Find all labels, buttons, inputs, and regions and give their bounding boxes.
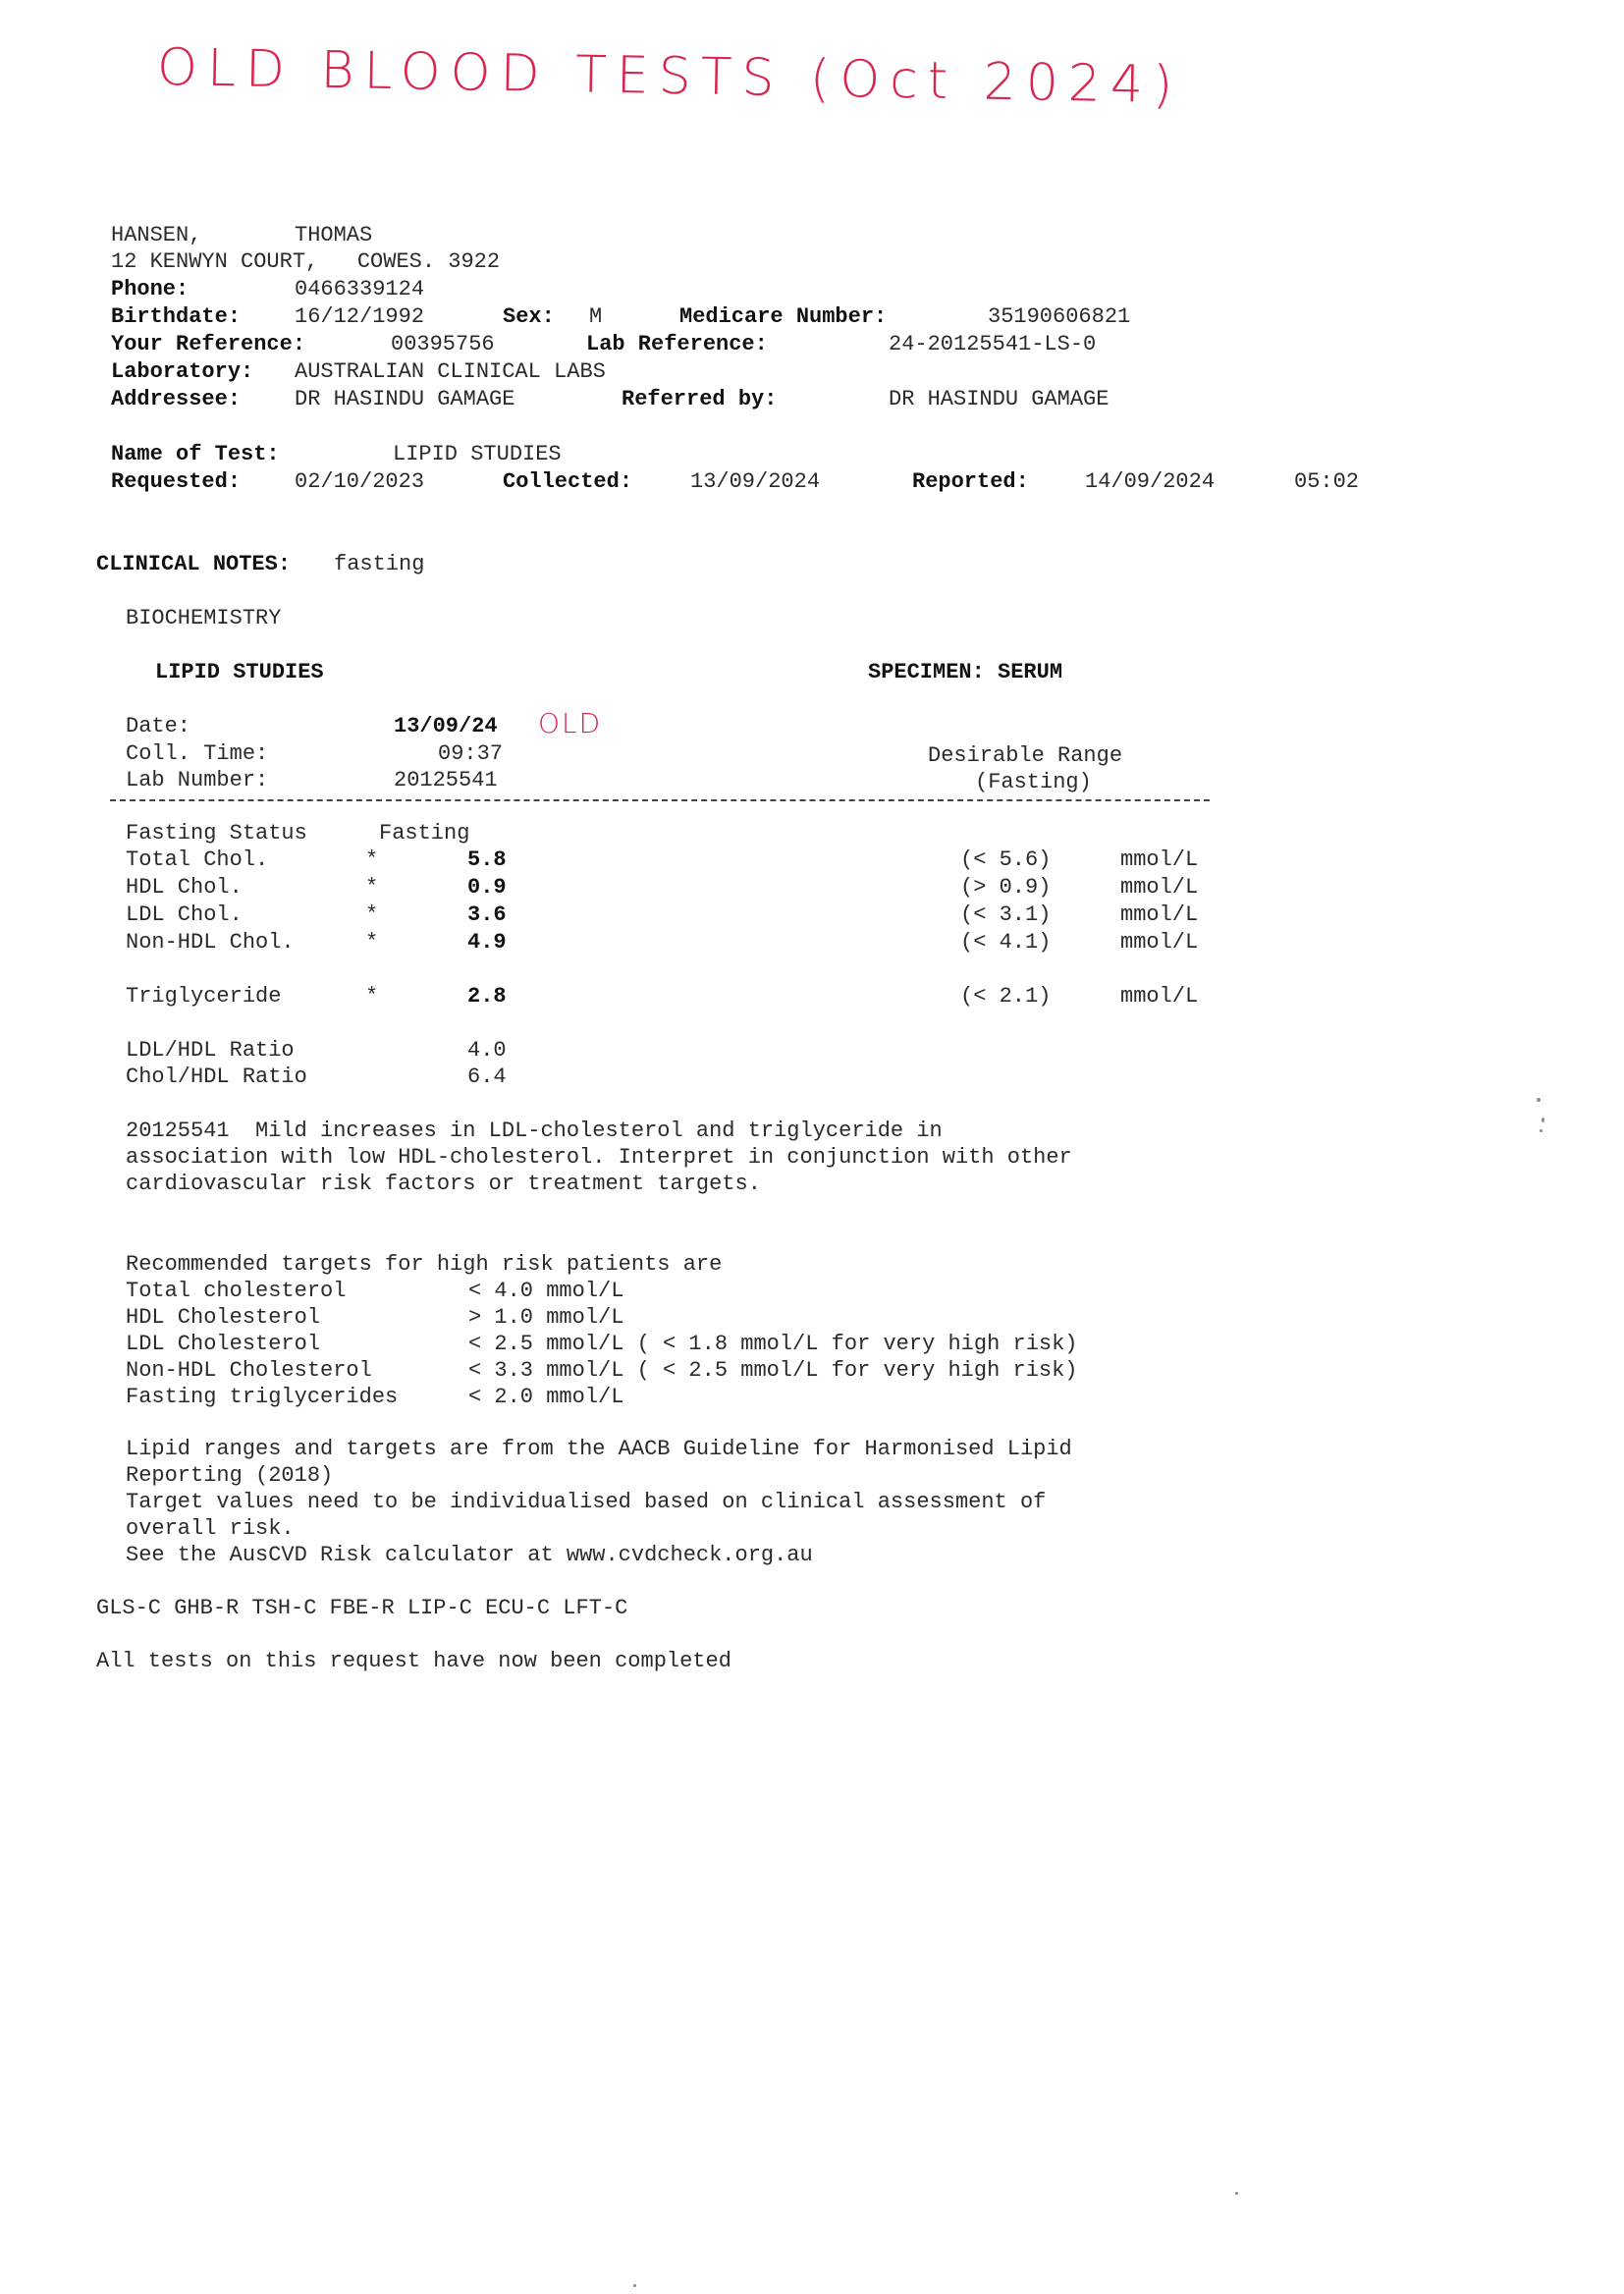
result-unit: mmol/L (1120, 847, 1198, 873)
clinical-notes-label: CLINICAL NOTES: (96, 551, 291, 577)
divider (110, 799, 1210, 801)
your-reference-label: Your Reference: (111, 331, 305, 357)
result-value: 4.9 (467, 929, 507, 956)
target-value: < 2.0 mmol/L (468, 1384, 623, 1410)
collected-value: 13/09/2024 (690, 468, 820, 495)
coll-time-value: 09:37 (438, 740, 503, 767)
section-title: BIOCHEMISTRY (126, 605, 281, 631)
result-value: 5.8 (467, 847, 507, 873)
requested-value: 02/10/2023 (295, 468, 424, 495)
phone-value: 0466339124 (295, 276, 424, 302)
fasting-status-value: Fasting (379, 820, 469, 847)
reference-range: (< 4.1) (960, 929, 1051, 956)
guideline-line: Lipid ranges and targets are from the AA… (126, 1436, 1072, 1462)
lab-number-label: Lab Number: (126, 767, 268, 793)
birthdate-value: 16/12/1992 (295, 303, 424, 330)
sex-value: M (589, 303, 602, 330)
comment-line: cardiovascular risk factors or treatment… (126, 1171, 761, 1197)
clinical-notes-value: fasting (334, 551, 424, 577)
laboratory-label: Laboratory: (111, 358, 253, 385)
target-value: < 2.5 mmol/L ( < 1.8 mmol/L for very hig… (468, 1331, 1078, 1357)
result-unit: mmol/L (1120, 874, 1198, 901)
test-codes: GLS-C GHB-R TSH-C FBE-R LIP-C ECU-C LFT-… (96, 1595, 627, 1621)
addressee-value: DR HASINDU GAMAGE (295, 386, 514, 412)
referred-by-value: DR HASINDU GAMAGE (889, 386, 1109, 412)
abnormal-flag: * (365, 983, 378, 1010)
laboratory-value: AUSTRALIAN CLINICAL LABS (295, 358, 606, 385)
phone-label: Phone: (111, 276, 189, 302)
reported-time: 05:02 (1294, 468, 1359, 495)
patient-surname: HANSEN, (111, 222, 201, 248)
comment-line: association with low HDL-cholesterol. In… (126, 1144, 1072, 1171)
study-title: LIPID STUDIES (155, 659, 324, 685)
addressee-label: Addressee: (111, 386, 241, 412)
targets-intro: Recommended targets for high risk patien… (126, 1251, 722, 1278)
target-name: HDL Cholesterol (126, 1304, 320, 1331)
reference-range: (> 0.9) (960, 874, 1051, 901)
reference-range: (< 5.6) (960, 847, 1051, 873)
ratio-value: 4.0 (467, 1037, 507, 1064)
scan-speck (1235, 2192, 1238, 2195)
target-value: > 1.0 mmol/L (468, 1304, 623, 1331)
ratio-value: 6.4 (467, 1064, 507, 1090)
scan-speck (1540, 1129, 1543, 1132)
requested-label: Requested: (111, 468, 241, 495)
target-name: LDL Cholesterol (126, 1331, 320, 1357)
date-value: 13/09/24 (394, 713, 498, 739)
referred-by-label: Referred by: (622, 386, 777, 412)
date-label: Date: (126, 713, 190, 739)
coll-time-label: Coll. Time: (126, 740, 268, 767)
ratio-name: LDL/HDL Ratio (126, 1037, 295, 1064)
birthdate-label: Birthdate: (111, 303, 241, 330)
patient-address: 12 KENWYN COURT, COWES. 3922 (111, 248, 500, 275)
result-name: Total Chol. (126, 847, 268, 873)
handwritten-title: OLD BLOOD TESTS (Oct 2024) (157, 38, 1183, 115)
target-value: < 3.3 mmol/L ( < 2.5 mmol/L for very hig… (468, 1357, 1078, 1384)
range-header: Desirable Range (928, 742, 1122, 769)
comment-line: 20125541 Mild increases in LDL-cholester… (126, 1118, 943, 1144)
guideline-line: See the AusCVD Risk calculator at www.cv… (126, 1542, 813, 1568)
scan-speck (1542, 1118, 1544, 1122)
test-name-label: Name of Test: (111, 441, 280, 467)
target-name: Fasting triglycerides (126, 1384, 398, 1410)
result-name: Non-HDL Chol. (126, 929, 295, 956)
your-reference-value: 00395756 (391, 331, 495, 357)
result-name: LDL Chol. (126, 901, 243, 928)
guideline-line: Reporting (2018) (126, 1462, 333, 1489)
range-header-sub: (Fasting) (975, 769, 1092, 795)
target-name: Non-HDL Cholesterol (126, 1357, 372, 1384)
fasting-status-label: Fasting Status (126, 820, 307, 847)
reported-value: 14/09/2024 (1085, 468, 1215, 495)
result-value: 0.9 (467, 874, 507, 901)
lab-number-value: 20125541 (394, 767, 498, 793)
test-name-value: LIPID STUDIES (393, 441, 562, 467)
sex-label: Sex: (503, 303, 555, 330)
abnormal-flag: * (365, 847, 378, 873)
target-name: Total cholesterol (126, 1278, 346, 1304)
result-name: HDL Chol. (126, 874, 243, 901)
collected-label: Collected: (503, 468, 632, 495)
lab-reference-value: 24-20125541-LS-0 (889, 331, 1096, 357)
abnormal-flag: * (365, 929, 378, 956)
specimen-label: SPECIMEN: SERUM (868, 659, 1062, 685)
medicare-label: Medicare Number: (679, 303, 887, 330)
guideline-line: overall risk. (126, 1515, 295, 1542)
patient-given-name: THOMAS (295, 222, 372, 248)
reference-range: (< 2.1) (960, 983, 1051, 1010)
result-name: Triglyceride (126, 983, 281, 1010)
result-value: 2.8 (467, 983, 507, 1010)
result-unit: mmol/L (1120, 983, 1198, 1010)
handwritten-old-note: OLD (538, 707, 602, 739)
scan-speck (1537, 1098, 1541, 1102)
lab-reference-label: Lab Reference: (586, 331, 768, 357)
target-value: < 4.0 mmol/L (468, 1278, 623, 1304)
scan-speck (633, 2284, 636, 2287)
guideline-line: Target values need to be individualised … (126, 1489, 1046, 1515)
abnormal-flag: * (365, 874, 378, 901)
result-value: 3.6 (467, 901, 507, 928)
reported-label: Reported: (912, 468, 1029, 495)
result-unit: mmol/L (1120, 901, 1198, 928)
ratio-name: Chol/HDL Ratio (126, 1064, 307, 1090)
reference-range: (< 3.1) (960, 901, 1051, 928)
medicare-value: 35190606821 (988, 303, 1130, 330)
result-unit: mmol/L (1120, 929, 1198, 956)
abnormal-flag: * (365, 901, 378, 928)
completion-note: All tests on this request have now been … (96, 1648, 731, 1674)
